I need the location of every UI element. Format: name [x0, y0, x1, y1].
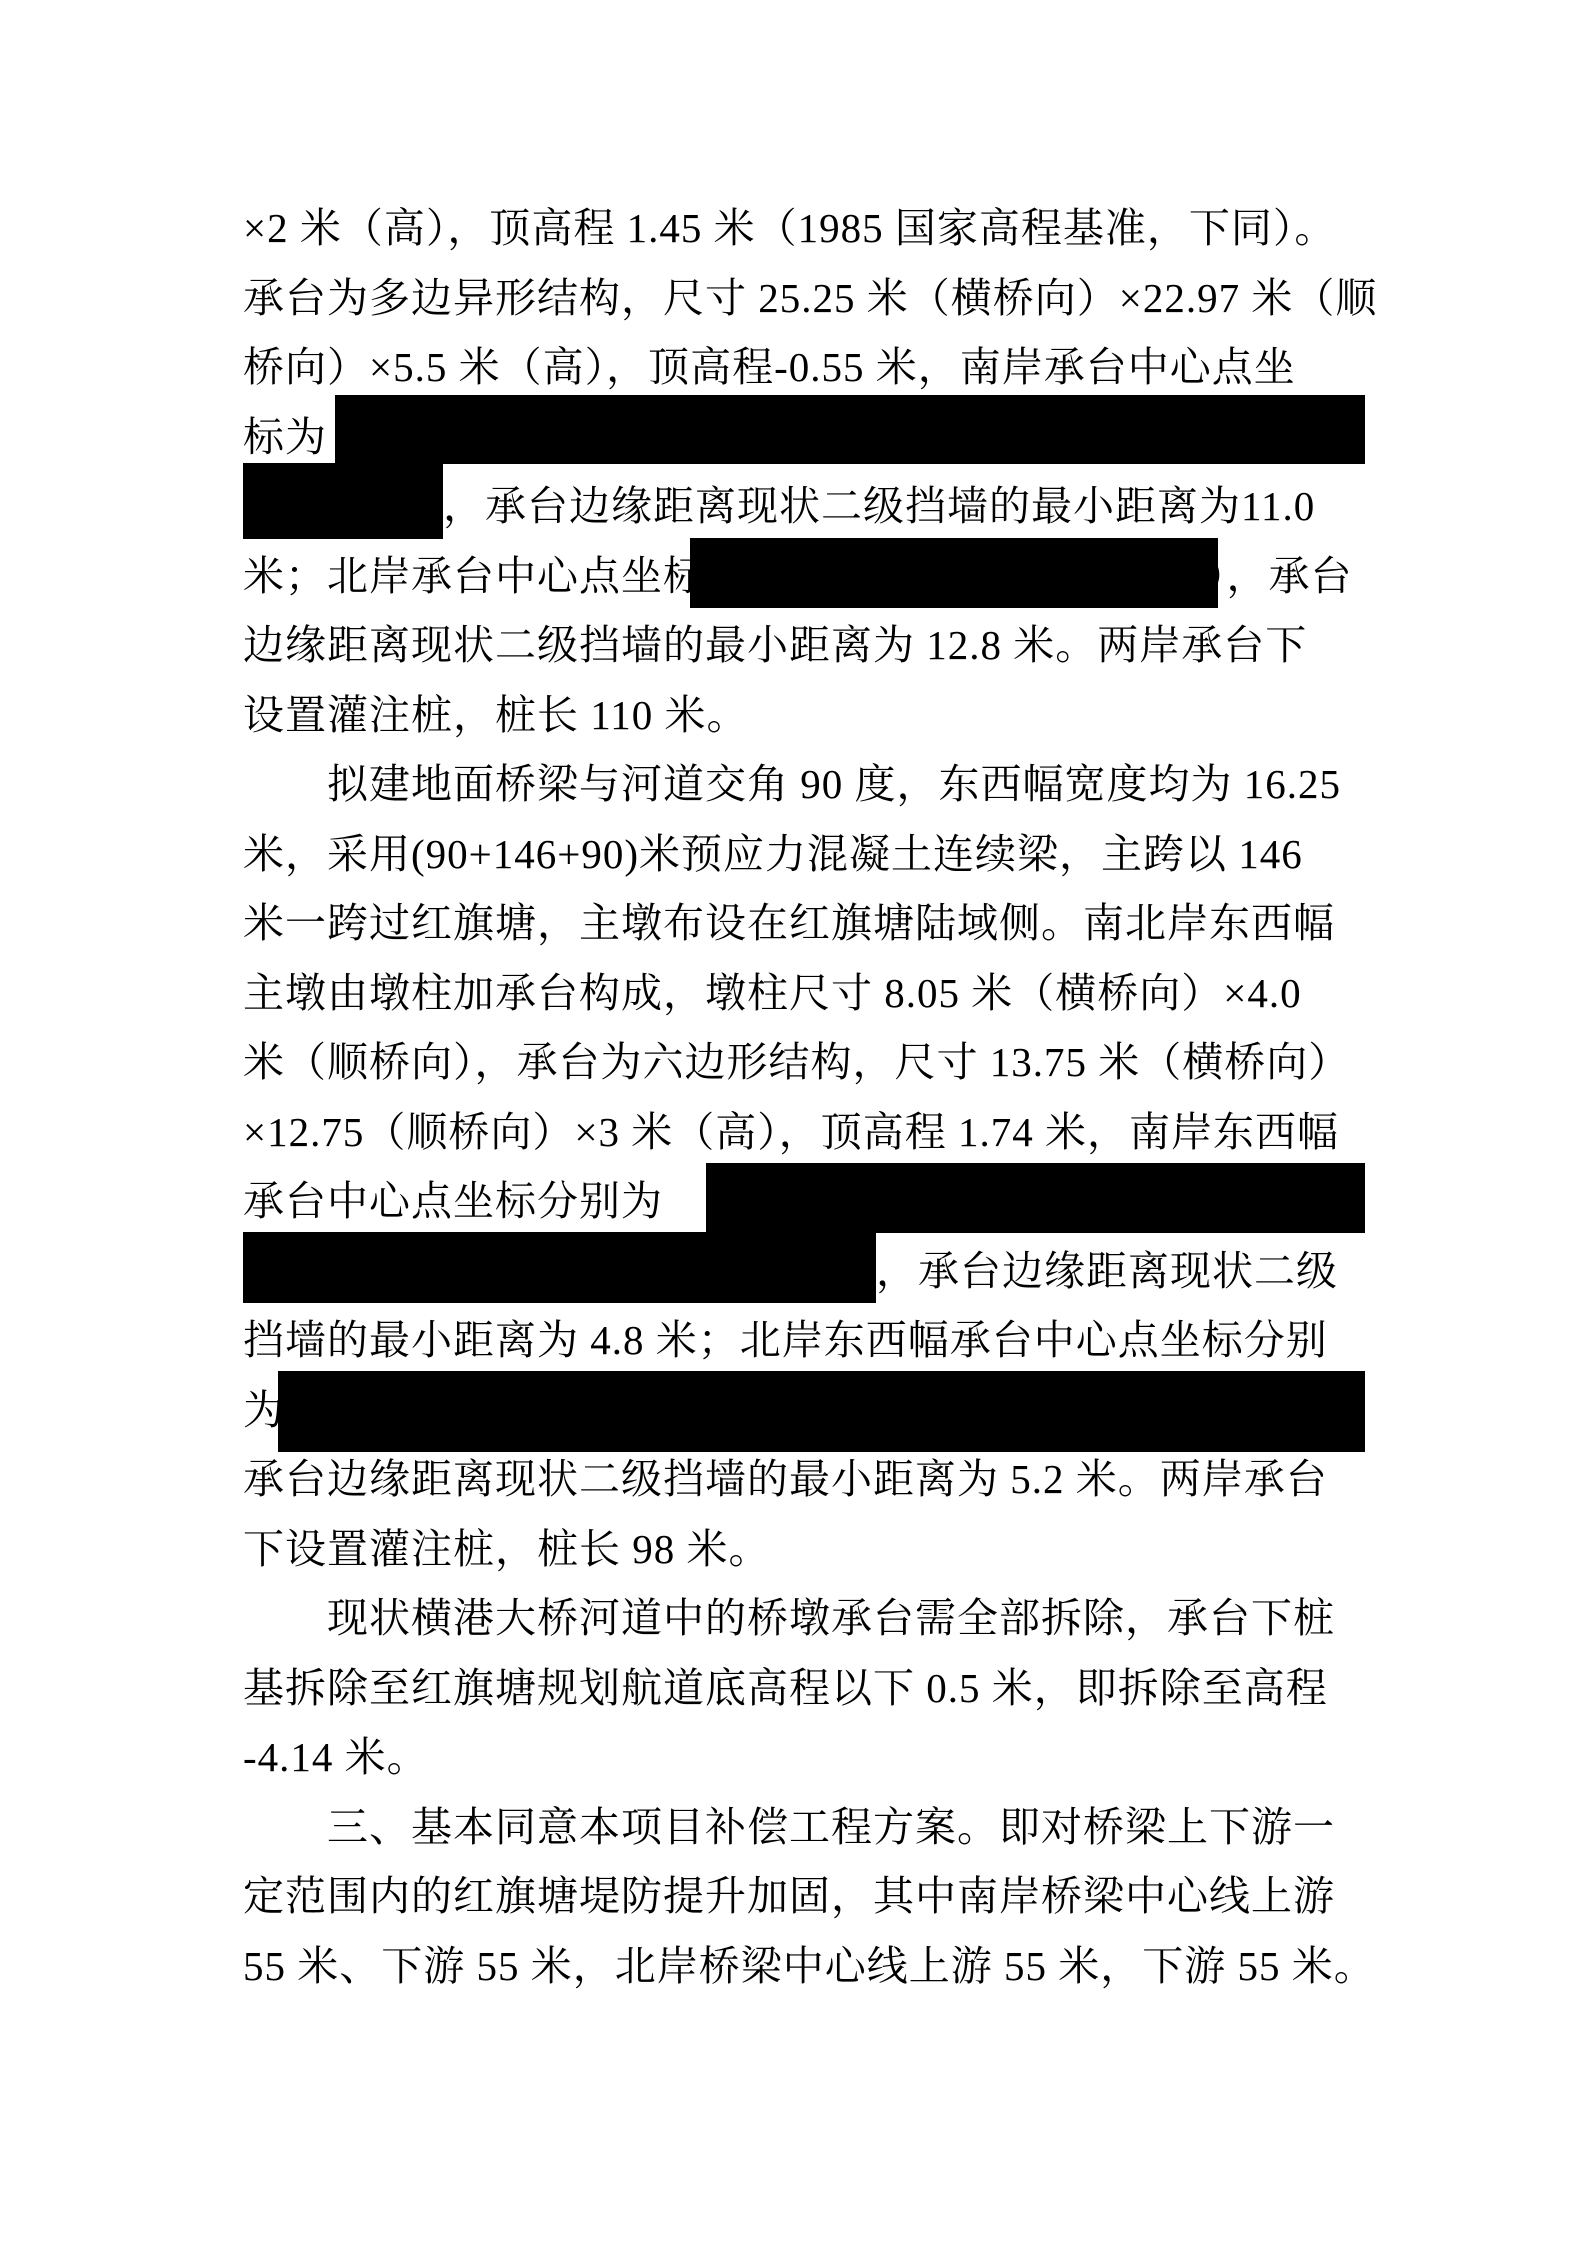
text-line: 55 米、下游 55 米，北岸桥梁中心线上游 55 米，下游 55 米。 — [243, 1931, 1365, 2001]
text-segment: 桥向）×5.5 米（高），顶高程-0.55 米，南岸承台中心点坐 — [243, 344, 1296, 390]
text-segment: ×2 米（高），顶高程 1.45 米（1985 国家高程基准，下同）。 — [243, 205, 1336, 251]
text-segment: -4.14 米。 — [243, 1734, 429, 1780]
text-segment: ），承台 — [1205, 541, 1353, 611]
redaction-box — [335, 395, 1365, 464]
text-segment: 主墩由墩柱加承台构成，墩柱尺寸 8.05 米（横桥向）×4.0 — [243, 970, 1302, 1016]
text-line: -4.14 米。 — [243, 1722, 1365, 1792]
text-line: 主墩由墩柱加承台构成，墩柱尺寸 8.05 米（横桥向）×4.0 — [243, 958, 1365, 1028]
text-line: 边缘距离现状二级挡墙的最小距离为 12.8 米。两岸承台下 — [243, 610, 1365, 680]
text-segment: 设置灌注桩，桩长 110 米。 — [243, 692, 748, 738]
text-line: 挡墙的最小距离为 4.8 米；北岸东西幅承台中心点坐标分别 — [243, 1305, 1365, 1375]
text-line: 米一跨过红旗塘，主墩布设在红旗塘陆域侧。南北岸东西幅 — [243, 888, 1365, 958]
redaction-box — [706, 1163, 1365, 1233]
redaction-box — [243, 1232, 876, 1303]
redaction-box — [243, 463, 443, 539]
text-segment: 承台中心点坐标分别为 — [243, 1178, 663, 1224]
text-segment: 下设置灌注桩，桩长 98 米。 — [243, 1526, 771, 1572]
text-segment: 承台为多边异形结构，尺寸 25.25 米（横桥向）×22.97 米（顺 — [243, 275, 1377, 321]
text-segment: 基拆除至红旗塘规划航道底高程以下 0.5 米，即拆除至高程 — [243, 1665, 1328, 1711]
text-segment: 三、基本同意本项目补偿工程方案。即对桥梁上下游一 — [327, 1804, 1335, 1850]
text-segment: 米，采用(90+146+90)米预应力混凝土连续梁，主跨以 146 — [243, 831, 1303, 877]
text-segment: 承台边缘距离现状二级挡墙的最小距离为 5.2 米。两岸承台 — [243, 1456, 1328, 1502]
text-line: 三、基本同意本项目补偿工程方案。即对桥梁上下游一 — [243, 1792, 1449, 1862]
text-line: 设置灌注桩，桩长 110 米。 — [243, 680, 1365, 750]
text-line: 米（顺桥向），承台为六边形结构，尺寸 13.75 米（横桥向） — [243, 1027, 1365, 1097]
text-segment: 米一跨过红旗塘，主墩布设在红旗塘陆域侧。南北岸东西幅 — [243, 900, 1335, 946]
text-line: ×12.75（顺桥向）×3 米（高），顶高程 1.74 米，南岸东西幅 — [243, 1097, 1365, 1167]
text-segment: 米（顺桥向），承台为六边形结构，尺寸 13.75 米（横桥向） — [243, 1039, 1350, 1085]
text-line: 承台为多边异形结构，尺寸 25.25 米（横桥向）×22.97 米（顺 — [243, 263, 1365, 333]
text-line: 拟建地面桥梁与河道交角 90 度，东西幅宽度均为 16.25 — [243, 749, 1449, 819]
text-line: 米，采用(90+146+90)米预应力混凝土连续梁，主跨以 146 — [243, 819, 1365, 889]
text-segment: 挡墙的最小距离为 4.8 米；北岸东西幅承台中心点坐标分别 — [243, 1317, 1328, 1363]
text-segment: 55 米、下游 55 米，北岸桥梁中心线上游 55 米，下游 55 米。 — [243, 1943, 1376, 1989]
text-line: 下设置灌注桩，桩长 98 米。 — [243, 1514, 1365, 1584]
text-segment: 现状横港大桥河道中的桥墩承台需全部拆除，承台下桩 — [327, 1595, 1335, 1641]
redaction-box — [278, 1371, 1365, 1452]
document-page: ×2 米（高），顶高程 1.45 米（1985 国家高程基准，下同）。 承台为多… — [0, 0, 1587, 2245]
text-segment: 拟建地面桥梁与河道交角 90 度，东西幅宽度均为 16.25 — [327, 761, 1341, 807]
text-segment: ，承台边缘距离现状二级 — [876, 1236, 1338, 1306]
text-segment: 米；北岸承台中心点坐标为 — [243, 553, 747, 599]
text-segment: 标为 — [243, 414, 327, 460]
text-segment: ，承台边缘距离现状二级挡墙的最小距离为11.0 — [443, 471, 1315, 541]
text-segment: 定范围内的红旗塘堤防提升加固，其中南岸桥梁中心线上游 — [243, 1873, 1335, 1919]
text-line: 定范围内的红旗塘堤防提升加固，其中南岸桥梁中心线上游 — [243, 1861, 1365, 1931]
text-segment: 边缘距离现状二级挡墙的最小距离为 12.8 米。两岸承台下 — [243, 622, 1307, 668]
redaction-box — [690, 538, 1218, 608]
text-segment: ×12.75（顺桥向）×3 米（高），顶高程 1.74 米，南岸东西幅 — [243, 1109, 1339, 1155]
text-line: ×2 米（高），顶高程 1.45 米（1985 国家高程基准，下同）。 — [243, 193, 1365, 263]
text-line: 基拆除至红旗塘规划航道底高程以下 0.5 米，即拆除至高程 — [243, 1653, 1365, 1723]
text-line: 现状横港大桥河道中的桥墩承台需全部拆除，承台下桩 — [243, 1583, 1449, 1653]
text-line: 桥向）×5.5 米（高），顶高程-0.55 米，南岸承台中心点坐 — [243, 332, 1365, 402]
text-line: 承台边缘距离现状二级挡墙的最小距离为 5.2 米。两岸承台 — [243, 1444, 1365, 1514]
